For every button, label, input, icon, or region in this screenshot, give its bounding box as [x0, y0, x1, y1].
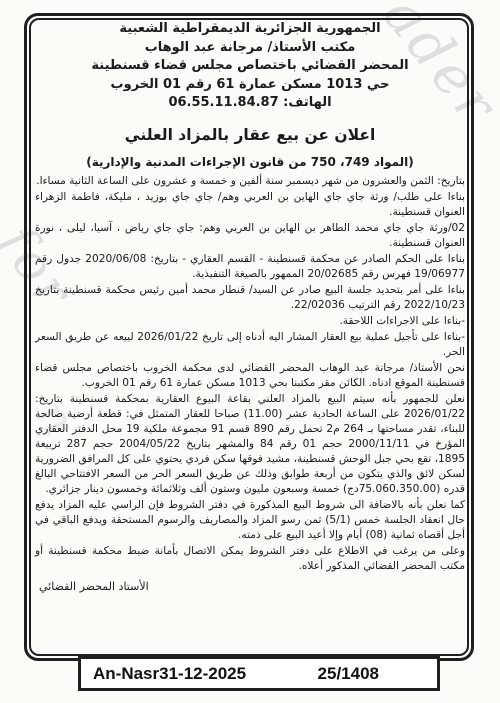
- body-paragraph: كما نعلن بأنه بالاضافة الى شروط البيع ال…: [35, 498, 465, 543]
- header-phone: الهاتف: 06.55.11.84.87: [35, 94, 465, 113]
- header-republic: الجمهورية الجزائرية الديمقراطية الشعبية: [35, 20, 465, 39]
- publication-source: An-Nasr31-12-2025: [81, 664, 246, 684]
- body-paragraph: -بناءا على الاجراءات اللاحقة.: [35, 314, 465, 329]
- header-office-name: مكتب الأستاذ/ مرجانة عبد الوهاب: [35, 39, 465, 58]
- body-paragraph: 02/ورثة جاي جاي محمد الطاهر بن الهاين بن…: [35, 221, 465, 251]
- announcement-title: اعلان عن بيع عقار بالمزاد العلني: [35, 126, 465, 144]
- body-paragraph: بتاريخ: الثمن والعشرون من شهر ديسمبر سنة…: [35, 174, 465, 189]
- header-address: حي 1013 مسكن عمارة 61 رقم 01 الخروب: [35, 76, 465, 95]
- body-paragraph: بناءا على طلب/ ورثة جاي جاي الهاين بن ال…: [35, 190, 465, 220]
- publication-reference-number: 25/1408: [318, 664, 437, 684]
- body-paragraph: بناءا على أمر بتحديد جلسة البيع صادر عن …: [35, 283, 465, 313]
- bailiff-signature: الأستاد المحضر القضائي: [35, 580, 465, 593]
- announcement-body: بتاريخ: الثمن والعشرون من شهر ديسمبر سنة…: [35, 174, 465, 574]
- body-paragraph: بناءا على الحكم الصادر عن محكمة قسنطينة …: [35, 252, 465, 282]
- notary-office-header: الجمهورية الجزائرية الديمقراطية الشعبية …: [35, 20, 465, 113]
- body-paragraph: نحن الأستاذ/ مرجانة عبد الوهاب المحضر ال…: [35, 361, 465, 391]
- announcement-document: الجمهورية الجزائرية الديمقراطية الشعبية …: [35, 20, 465, 593]
- body-paragraph: نعلن للجمهور بأنه سيتم البيع بالمزاد الع…: [35, 392, 465, 497]
- body-paragraph: -بناءا على تأجيل عملية بيع العقار المشار…: [35, 330, 465, 360]
- header-bailiff-jurisdiction: المحضر القضائي باختصاص مجلس قضاء قسنطينة: [35, 57, 465, 76]
- legal-articles-subtitle: (المواد 749، 750 من قانون الإجراءات المد…: [35, 155, 465, 169]
- body-paragraph: وعلى من يرغب في الاطلاع على دفتر الشروط …: [35, 544, 465, 574]
- publication-reference-box: An-Nasr31-12-2025 25/1408: [78, 656, 440, 691]
